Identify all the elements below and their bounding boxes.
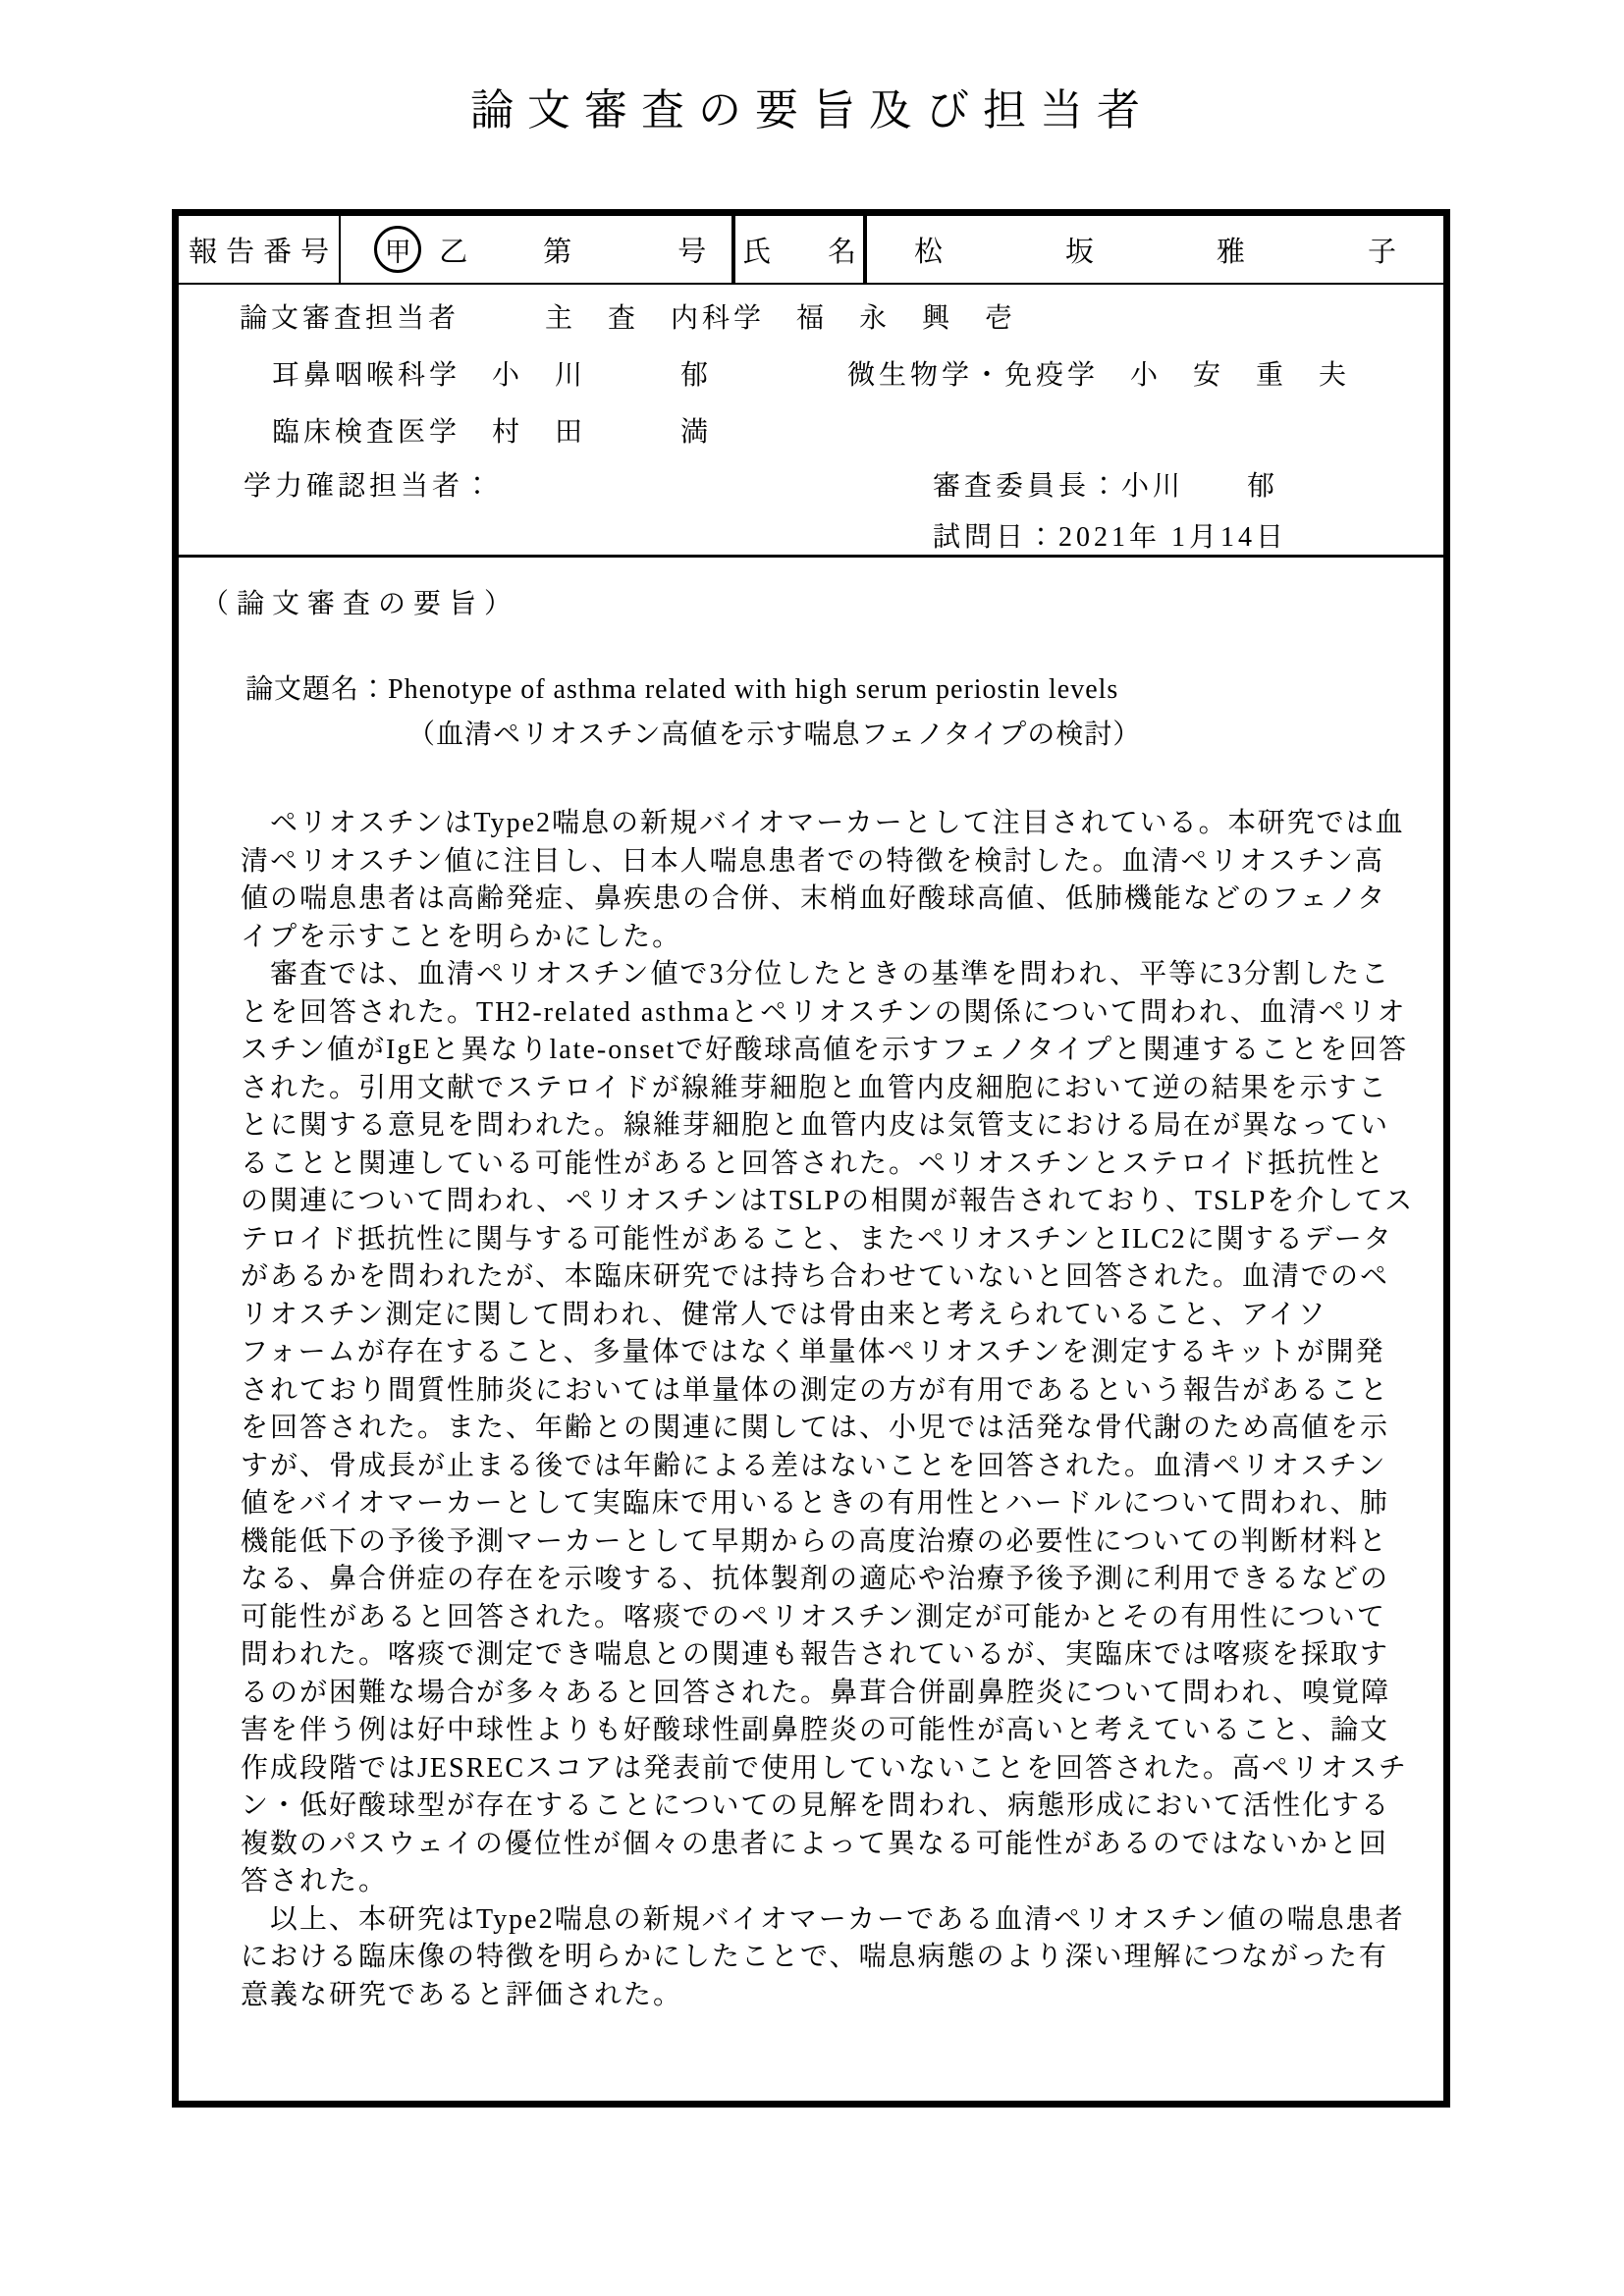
summary-section-label: （論文審査の要旨）: [201, 582, 519, 621]
report-number-suffix: 号: [677, 230, 706, 270]
reviewers-label: 論文審査担当者: [240, 296, 460, 336]
thesis-title-ja: （血清ペリオスチン高値を示す喘息フェノタイプの検討）: [407, 713, 1141, 752]
committee-chair: 審査委員長：小川 郁: [933, 464, 1278, 504]
name-value: 松 坂 雅 子: [867, 216, 1443, 283]
header-table-row: 報告番号 甲 乙 第 号 氏 名 松 坂 雅 子: [179, 216, 1443, 285]
report-number-cell: 甲 乙 第 号: [341, 216, 735, 283]
exam-date: 試問日：2021年 1月14日: [933, 515, 1287, 555]
document-frame: 報告番号 甲 乙 第 号 氏 名 松 坂 雅 子 論文審査担当者 主 査 内科学…: [172, 209, 1450, 2108]
committee-member-microbiology: 微生物学・免疫学 小 安 重 夫: [847, 353, 1350, 393]
report-number-label: 報告番号: [179, 216, 341, 283]
academic-check-label: 学力確認担当者：: [244, 464, 495, 504]
committee-section: 論文審査担当者 主 査 内科学 福 永 興 壱 耳鼻咽喉科学 小 川 郁 微生物…: [179, 285, 1443, 558]
committee-member-laboratory-medicine: 臨床検査医学 村 田 満: [272, 410, 712, 450]
thesis-title-en: Phenotype of asthma related with high se…: [388, 674, 1118, 705]
chief-examiner: 主 査 内科学 福 永 興 壱: [545, 296, 1016, 336]
page-title: 論文審査の要旨及び担当者: [0, 75, 1624, 137]
review-body-text: ペリオスチンはType2喘息の新規バイオマーカーとして注目されている。本研究では…: [241, 805, 1434, 2014]
report-number-prefix: 乙 第: [439, 230, 595, 270]
committee-member-otolaryngology: 耳鼻咽喉科学 小 川 郁: [272, 353, 712, 393]
kou-circle-mark: 甲: [374, 226, 421, 273]
name-label: 氏 名: [735, 216, 867, 283]
thesis-title-line: 論文題名：Phenotype of asthma related with hi…: [245, 667, 1118, 707]
document-page: 論文審査の要旨及び担当者 報告番号 甲 乙 第 号 氏 名 松 坂 雅 子 論文…: [0, 0, 1624, 2296]
thesis-title-label: 論文題名：: [245, 674, 388, 705]
